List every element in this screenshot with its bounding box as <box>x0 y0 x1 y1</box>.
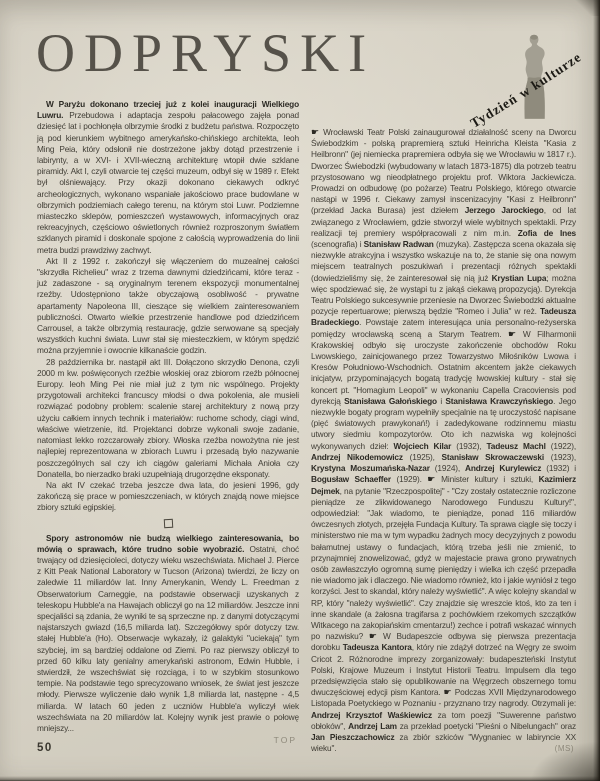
manicule-icon: ☛ <box>427 474 441 484</box>
manicule-icon: ☛ <box>508 329 523 339</box>
section-divider-icon <box>163 518 172 527</box>
paragraph-louvre-act4: Na akt IV czekać trzeba jeszcze dwa lata… <box>37 480 299 514</box>
page-number: 50 <box>37 742 53 754</box>
page-title: ODPRYSKI <box>36 26 375 80</box>
column-right: ☛ Wrocławski Teatr Polski zainaugurował … <box>311 127 576 755</box>
manicule-icon: ☛ <box>443 687 454 697</box>
scan-edge-bottom <box>0 776 600 781</box>
paragraph-louvre-act3: 28 października br. nastąpił akt III. Do… <box>37 357 299 480</box>
manicule-icon: ☛ <box>311 127 323 137</box>
column-left: W Paryżu dokonano trzeciej już z kolei i… <box>37 99 299 746</box>
paragraph-louvre-intro: W Paryżu dokonano trzeciej już z kolei i… <box>37 99 299 256</box>
scan-corner-shadow <box>530 741 600 781</box>
stamp-text: Tydzień w kulturze <box>468 49 584 131</box>
paragraph-astronomy: Spory astronomów nie budzą wielkiego zai… <box>37 533 299 735</box>
author-signature: TOP <box>37 735 299 746</box>
culture-week-stamp: Tydzień w kulturze <box>460 40 600 135</box>
paragraph-louvre-act2: Akt II z 1992 r. zakończył się włączenie… <box>37 256 299 357</box>
scan-corner-mark <box>574 0 600 16</box>
scan-edge-right <box>593 0 600 781</box>
magazine-page: ODPRYSKI Tydzień w kulturze W Paryżu dok… <box>0 0 600 781</box>
culture-week-notes: ☛ Wrocławski Teatr Polski zainaugurował … <box>311 127 576 754</box>
manicule-icon: ☛ <box>369 631 383 641</box>
